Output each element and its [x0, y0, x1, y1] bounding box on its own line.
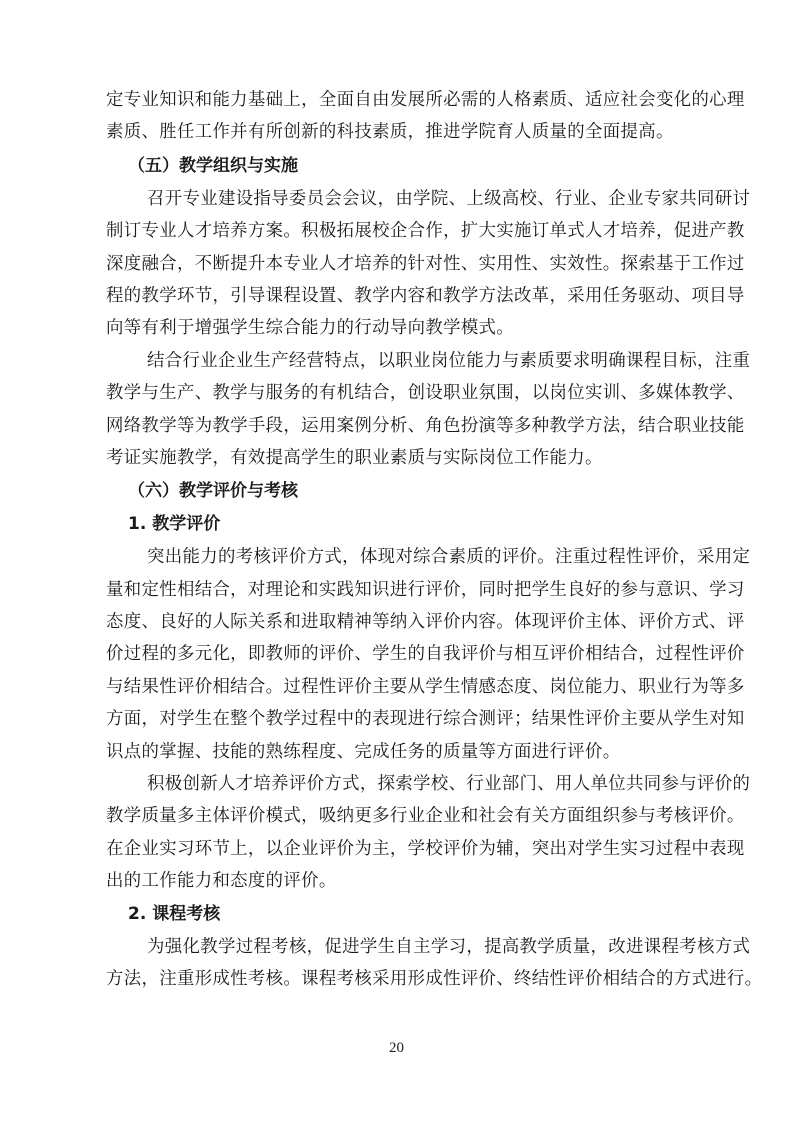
- text-line: 制订专业人才培养方案。积极拓展校企合作，扩大实施订单式人才培养，促进产教: [106, 215, 690, 247]
- text-line: 态度、良好的人际关系和进取精神等纳入评价内容。体现评价主体、评价方式、评: [106, 606, 690, 638]
- text-line: 网络教学等为教学手段，运用案例分析、角色扮演等多种教学方法，结合职业技能: [106, 410, 690, 442]
- text-line: 深度融合，不断提升本专业人才培养的针对性、实用性、实效性。探索基于工作过: [106, 248, 690, 280]
- text-line: 为强化教学过程考核，促进学生自主学习，提高教学质量，改进课程考核方式: [106, 931, 690, 963]
- text-line: 出的工作能力和态度的评价。: [106, 865, 690, 897]
- paragraph-continuation: 定专业知识和能力基础上，全面自由发展所必需的人格素质、适应社会变化的心理 素质、…: [106, 84, 690, 149]
- subheading-course-assessment: 2. 课程考核: [106, 898, 690, 931]
- text-line: 程的教学环节，引导课程设置、教学内容和教学方法改革，采用任务驱动、项目导: [106, 280, 690, 312]
- text-line: 向等有利于增强学生综合能力的行动导向教学模式。: [106, 312, 690, 344]
- text-line: 教学质量多主体评价模式，吸纳更多行业企业和社会有关方面组织参与考核评价。: [106, 800, 690, 832]
- text-line: 结合行业企业生产经营特点，以职业岗位能力与素质要求明确课程目标，注重: [106, 345, 690, 377]
- text-line: 积极创新人才培养评价方式，探索学校、行业部门、用人单位共同参与评价的: [106, 768, 690, 800]
- text-line: 与结果性评价相结合。过程性评价主要从学生情感态度、岗位能力、职业行为等多: [106, 671, 690, 703]
- text-line: 量和定性相结合，对理论和实践知识进行评价，同时把学生良好的参与意识、学习: [106, 574, 690, 606]
- page-number: 20: [0, 1040, 793, 1057]
- text-line: 在企业实习环节上，以企业评价为主，学校评价为辅，突出对学生实习过程中表现: [106, 833, 690, 865]
- paragraph-course-assessment: 为强化教学过程考核，促进学生自主学习，提高教学质量，改进课程考核方式 方法，注重…: [106, 931, 690, 996]
- paragraph-teaching-evaluation-1: 突出能力的考核评价方式，体现对综合素质的评价。注重过程性评价，采用定 量和定性相…: [106, 541, 690, 768]
- section-heading-teaching-organization: （五）教学组织与实施: [106, 149, 690, 183]
- paragraph-teaching-evaluation-2: 积极创新人才培养评价方式，探索学校、行业部门、用人单位共同参与评价的 教学质量多…: [106, 768, 690, 898]
- paragraph-teaching-organization-1: 召开专业建设指导委员会会议，由学院、上级高校、行业、企业专家共同研讨 制订专业人…: [106, 183, 690, 345]
- paragraph-teaching-organization-2: 结合行业企业生产经营特点，以职业岗位能力与素质要求明确课程目标，注重 教学与生产…: [106, 345, 690, 475]
- page-body: 定专业知识和能力基础上，全面自由发展所必需的人格素质、适应社会变化的心理 素质、…: [106, 84, 690, 995]
- text-line: 召开专业建设指导委员会会议，由学院、上级高校、行业、企业专家共同研讨: [106, 183, 690, 215]
- section-heading-teaching-evaluation: （六）教学评价与考核: [106, 474, 690, 508]
- text-line: 素质、胜任工作并有所创新的科技素质，推进学院育人质量的全面提高。: [106, 116, 690, 148]
- subheading-teaching-evaluation: 1. 教学评价: [106, 508, 690, 541]
- text-line: 考证实施教学，有效提高学生的职业素质与实际岗位工作能力。: [106, 442, 690, 474]
- text-line: 价过程的多元化，即教师的评价、学生的自我评价与相互评价相结合，过程性评价: [106, 638, 690, 670]
- text-line: 方法，注重形成性考核。课程考核采用形成性评价、终结性评价相结合的方式进行。: [106, 963, 690, 995]
- text-line: 教学与生产、教学与服务的有机结合，创设职业氛围，以岗位实训、多媒体教学、: [106, 377, 690, 409]
- text-line: 识点的掌握、技能的熟练程度、完成任务的质量等方面进行评价。: [106, 736, 690, 768]
- text-line: 方面，对学生在整个教学过程中的表现进行综合测评；结果性评价主要从学生对知: [106, 703, 690, 735]
- text-line: 突出能力的考核评价方式，体现对综合素质的评价。注重过程性评价，采用定: [106, 541, 690, 573]
- text-line: 定专业知识和能力基础上，全面自由发展所必需的人格素质、适应社会变化的心理: [106, 84, 690, 116]
- document-page: 定专业知识和能力基础上，全面自由发展所必需的人格素质、适应社会变化的心理 素质、…: [0, 0, 793, 1122]
